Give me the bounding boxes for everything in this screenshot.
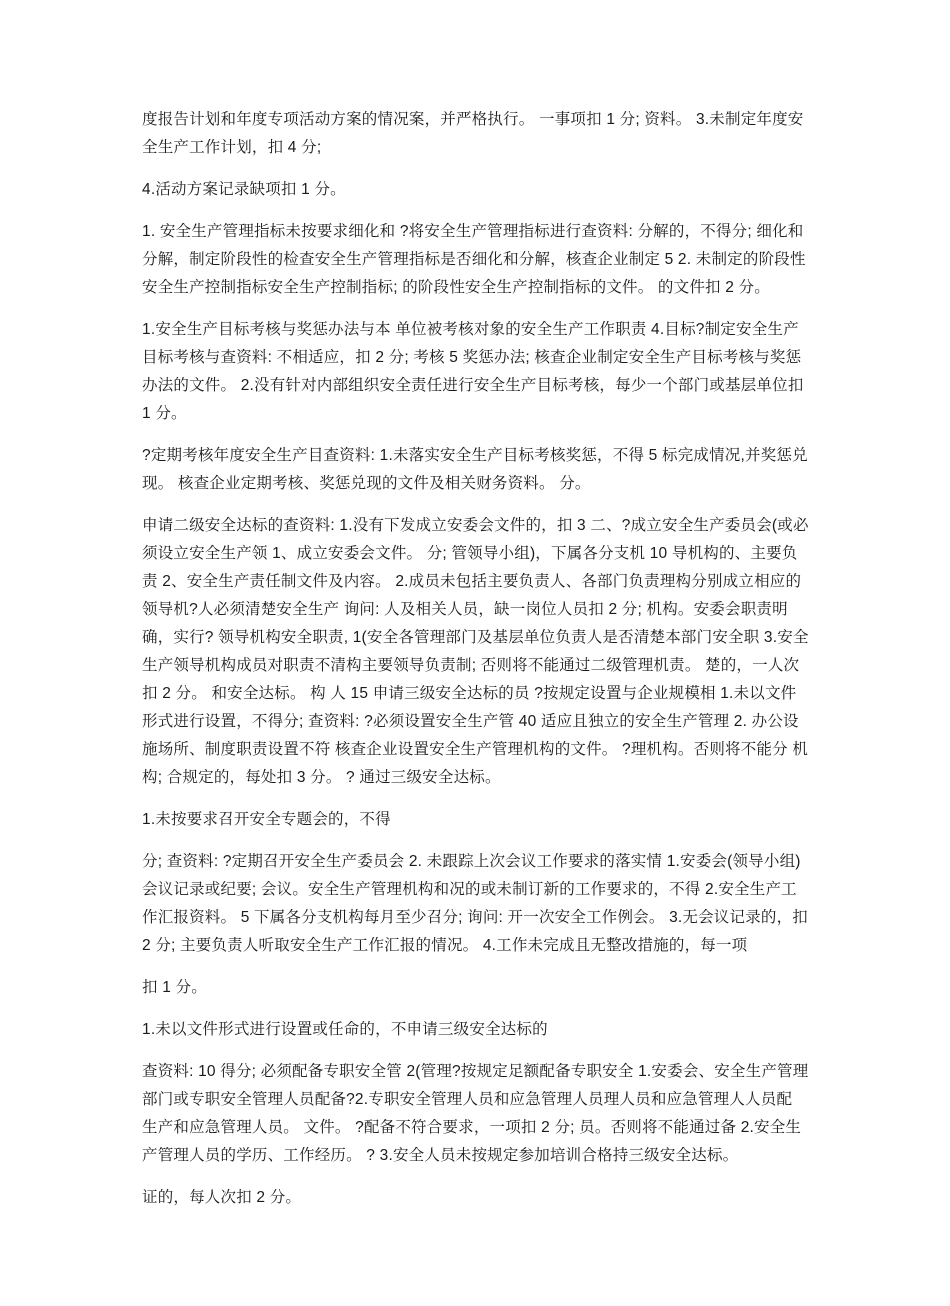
document-paragraph-9: 扣 1 分。	[142, 974, 812, 1002]
document-paragraph-5: ?定期考核年度安全生产目查资料: 1.未落实安全生产目标考核奖惩，不得 5 标完…	[142, 442, 812, 498]
document-paragraph-3: 1. 安全生产管理指标未按要求细化和 ?将安全生产管理指标进行查资料: 分解的，…	[142, 218, 812, 302]
document-paragraph-12: 证的，每人次扣 2 分。	[142, 1184, 812, 1212]
document-paragraph-4: 1.安全生产目标考核与奖惩办法与本 单位被考核对象的安全生产工作职责 4.目标?…	[142, 316, 812, 428]
document-paragraph-1: 度报告计划和年度专项活动方案的情况案，并严格执行。 一事项扣 1 分; 资料。 …	[142, 106, 812, 162]
document-paragraph-8: 分; 查资料: ?定期召开安全生产委员会 2. 未跟踪上次会议工作要求的落实情 …	[142, 848, 812, 960]
document-paragraph-11: 查资料: 10 得分; 必须配备专职安全管 2(管理?按规定足额配备专职安全 1…	[142, 1058, 812, 1170]
document-paragraph-10: 1.未以文件形式进行设置或任命的，不申请三级安全达标的	[142, 1016, 812, 1044]
document-paragraph-7: 1.未按要求召开安全专题会的，不得	[142, 806, 812, 834]
document-paragraph-2: 4.活动方案记录缺项扣 1 分。	[142, 176, 812, 204]
document-paragraph-6: 申请二级安全达标的查资料: 1.没有下发成立安委会文件的，扣 3 二、?成立安全…	[142, 512, 812, 792]
document-page: 度报告计划和年度专项活动方案的情况案，并严格执行。 一事项扣 1 分; 资料。 …	[0, 0, 950, 1306]
